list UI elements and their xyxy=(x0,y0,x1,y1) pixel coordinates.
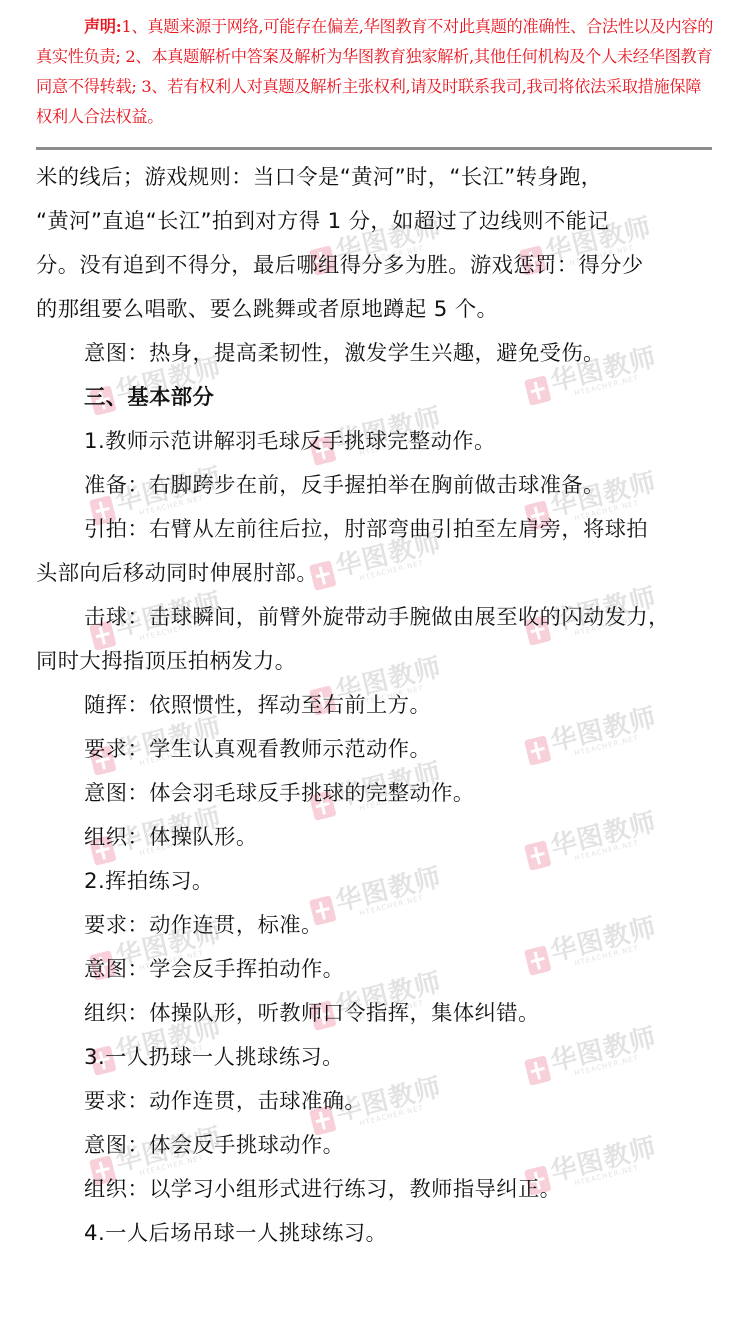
paragraph-line: 随挥：依照惯性，挥动至右前上方。 xyxy=(36,684,716,728)
organization-line: 组织：体操队形。 xyxy=(36,816,716,860)
intent-line: 意图：热身，提高柔韧性，激发学生兴趣，避免受伤。 xyxy=(36,332,716,376)
disclaimer-text: 1、真题来源于网络,可能存在偏差,华图教育不对此真题的准确性、合法性以及内容的真… xyxy=(36,17,713,126)
paragraph-line: 米的线后；游戏规则：当口令是“黄河”时，“长江”转身跑， xyxy=(36,156,716,200)
intent-line: 意图：体会反手挑球动作。 xyxy=(36,1124,716,1168)
organization-line: 组织：以学习小组形式进行练习，教师指导纠正。 xyxy=(36,1168,716,1212)
paragraph-line: 击球：击球瞬间，前臂外旋带动手腕做由展至收的闪动发力， xyxy=(36,596,716,640)
disclaimer-label: 声明: xyxy=(84,17,121,36)
paragraph-line: 同时大拇指顶压拍柄发力。 xyxy=(36,640,716,684)
requirement-line: 要求：学生认真观看教师示范动作。 xyxy=(36,728,716,772)
paragraph-line: “黄河”直追“长江”拍到对方得 1 分，如超过了边线则不能记 xyxy=(36,200,716,244)
paragraph-line: 头部向后移动同时伸展肘部。 xyxy=(36,552,716,596)
step-title: 1.教师示范讲解羽毛球反手挑球完整动作。 xyxy=(36,420,716,464)
intent-line: 意图：体会羽毛球反手挑球的完整动作。 xyxy=(36,772,716,816)
paragraph-line: 分。没有追到不得分，最后哪组得分多为胜。游戏惩罚：得分少 xyxy=(36,244,716,288)
step-title: 2.挥拍练习。 xyxy=(36,860,716,904)
document-body: 米的线后；游戏规则：当口令是“黄河”时，“长江”转身跑， “黄河”直追“长江”拍… xyxy=(36,156,716,1256)
requirement-line: 要求：动作连贯，击球准确。 xyxy=(36,1080,716,1124)
intent-line: 意图：学会反手挥拍动作。 xyxy=(36,948,716,992)
paragraph-line: 引拍：右臂从左前往后拉，肘部弯曲引拍至左肩旁，将球拍 xyxy=(36,508,716,552)
section-heading: 三、基本部分 xyxy=(36,376,716,420)
header-divider xyxy=(36,147,712,150)
organization-line: 组织：体操队形，听教师口令指挥，集体纠错。 xyxy=(36,992,716,1036)
disclaimer-notice: 声明:1、真题来源于网络,可能存在偏差,华图教育不对此真题的准确性、合法性以及内… xyxy=(36,12,714,132)
step-title: 4.一人后场吊球一人挑球练习。 xyxy=(36,1212,716,1256)
paragraph-line: 的那组要么唱歌、要么跳舞或者原地蹲起 5 个。 xyxy=(36,288,716,332)
requirement-line: 要求：动作连贯，标准。 xyxy=(36,904,716,948)
step-title: 3.一人扔球一人挑球练习。 xyxy=(36,1036,716,1080)
paragraph-line: 准备：右脚跨步在前，反手握拍举在胸前做击球准备。 xyxy=(36,464,716,508)
